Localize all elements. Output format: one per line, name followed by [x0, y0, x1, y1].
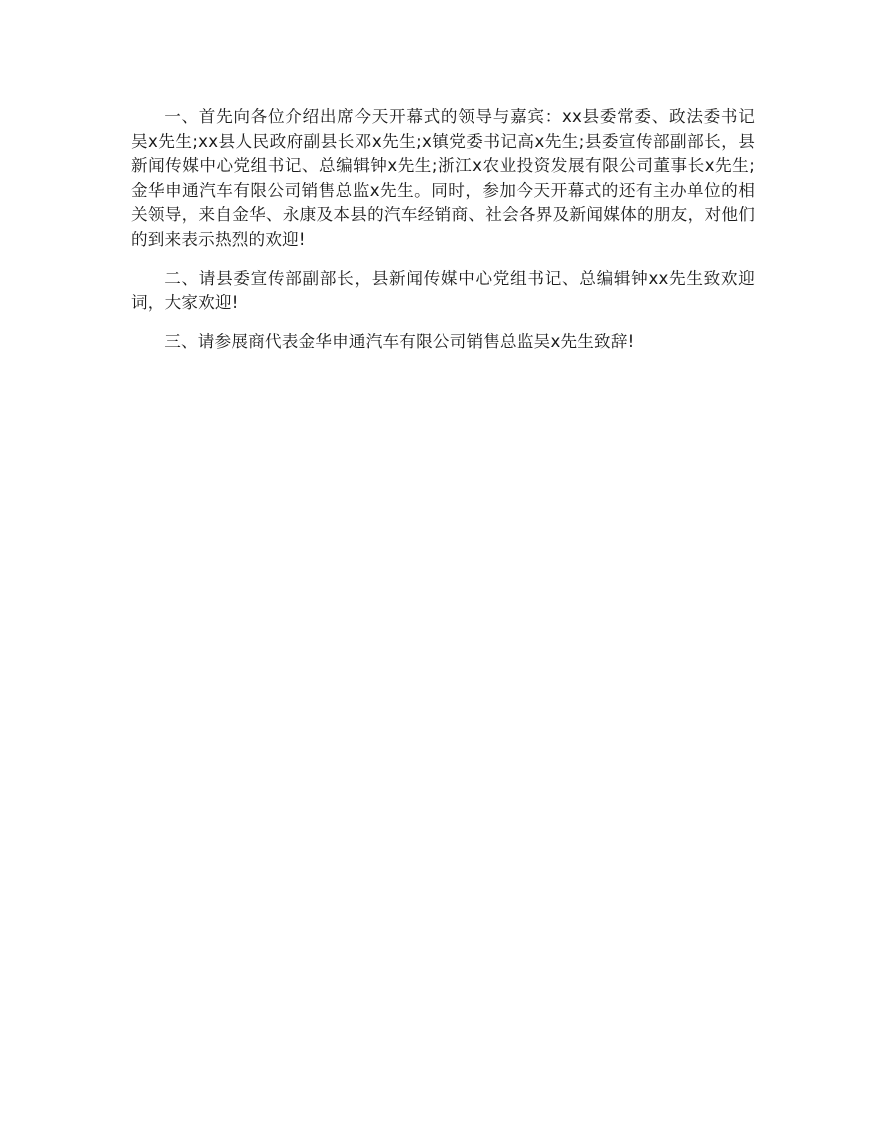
paragraph-exhibitor-speech: 三、请参展商代表金华申通汽车有限公司销售总监吴x先生致辞!	[131, 330, 755, 355]
document-page: 一、首先向各位介绍出席今天开幕式的领导与嘉宾：xx县委常委、政法委书记吴x先生;…	[131, 105, 755, 368]
paragraph-welcome-speech: 二、请县委宣传部副部长，县新闻传媒中心党组书记、总编辑钟xx先生致欢迎词，大家欢…	[131, 267, 755, 316]
paragraph-introduce-guests: 一、首先向各位介绍出席今天开幕式的领导与嘉宾：xx县委常委、政法委书记吴x先生;…	[131, 105, 755, 253]
